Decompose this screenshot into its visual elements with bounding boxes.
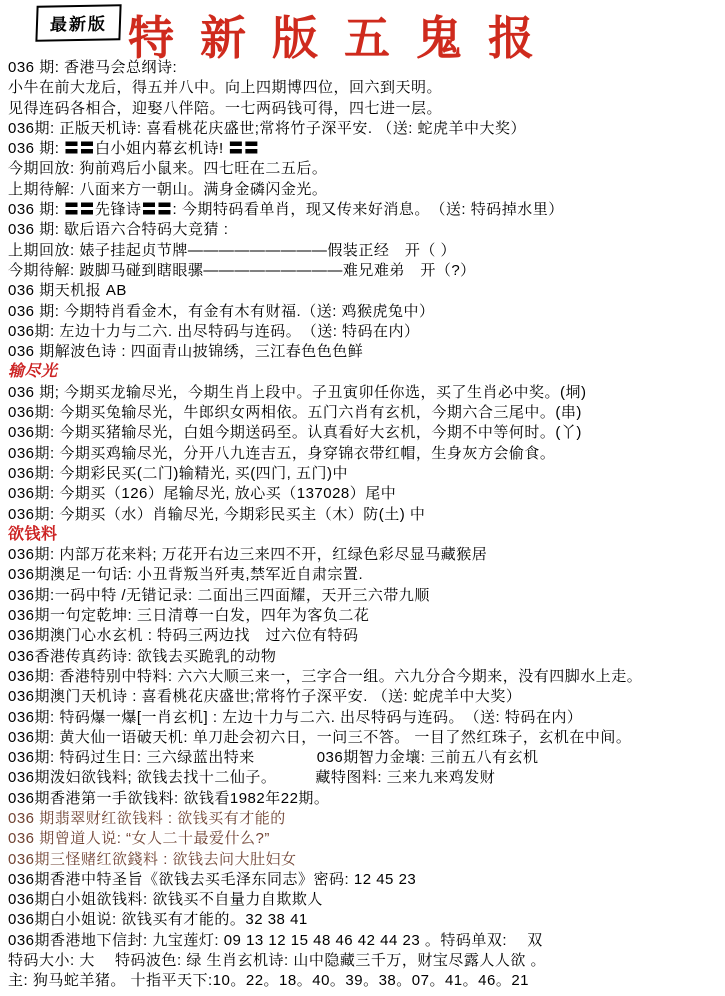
report-line: 036 期: 〓〓先锋诗〓〓: 今期特码看单肖，现又传来好消息。 （送: 特码掉… <box>8 200 723 220</box>
report-line: 036期:一码中特 /无错记录: 二面出三四面耀，天开三六带九顺 <box>8 586 723 606</box>
report-body: 036 期: 香港马会总纲诗:小牛在前大龙后，得五并八中。向上四期博四位，回六到… <box>8 58 723 992</box>
report-line: 今期回放: 狗前鸡后小鼠来。四七旺在二五后。 <box>8 159 723 179</box>
report-line: 036期: 黄大仙一语破天机: 单刀赴会初六日，一问三不答。 一目了然红珠子，玄… <box>8 728 723 748</box>
report-line: 上期回放: 婊子挂起贞节牌—————————假装正经 开（ ） <box>8 241 723 261</box>
report-line: 036期: 今期买猪输尽光，白姐今期送码至。认真看好大玄机，今期不中等何时。(丫… <box>8 423 723 443</box>
report-line: 036期三怪赌红欲錢料 : 欲钱去问大肚妇女 <box>8 850 723 870</box>
report-line: 036期白小姐说: 欲钱买有才能的。32 38 41 <box>8 910 723 930</box>
report-line: 036期: 今期买（126）尾输尽光, 放心买（137028）尾中 <box>8 484 723 504</box>
report-line: 036期澳门天机诗 : 喜看桃花庆盛世;常将竹子深平安. （送: 蛇虎羊中大奖） <box>8 687 723 707</box>
latest-edition-badge: 最新版 <box>35 4 121 42</box>
report-line: 036 期曾道人说: “女人二十最爱什么?” <box>8 829 723 849</box>
five-ghost-report-page: 最新版 特新版五鬼报 036 期: 香港马会总纲诗:小牛在前大龙后，得五并八中。… <box>0 0 725 996</box>
report-line: 036 期; 今期买龙输尽光，今期生肖上段中。子丑寅卯任你选，买了生肖必中奖。(… <box>8 383 723 403</box>
report-line: 036期: 特码爆一爆[一肖玄机] : 左边十力与二六. 出尽特码与连码。 （送… <box>8 708 723 728</box>
report-line: 036期: 特码过生日: 三六绿蓝出特来 036期智力金壤: 三前五八有玄机 <box>8 748 723 768</box>
report-line: 036 期: 香港马会总纲诗: <box>8 58 723 78</box>
report-line: 小牛在前大龙后，得五并八中。向上四期博四位，回六到天明。 <box>8 78 723 98</box>
report-line: 036期: 左边十力与二六. 出尽特码与连码。 （送: 特码在内） <box>8 322 723 342</box>
report-line: 036期白小姐欲钱料: 欲钱买不自量力自欺欺人 <box>8 890 723 910</box>
report-line: 036 期: 〓〓白小姐内幕玄机诗! 〓〓 <box>8 139 723 159</box>
report-line: 036期香港地下信封: 九宝莲灯: 09 13 12 15 48 46 42 4… <box>8 931 723 951</box>
report-line: 036 期: 今期特肖看金木，有金有木有财福.（送: 鸡猴虎兔中） <box>8 302 723 322</box>
report-line: 036期: 正版天机诗: 喜看桃花庆盛世;常将竹子深平安. （送: 蛇虎羊中大奖… <box>8 119 723 139</box>
report-line: 036期香港中特圣旨《欲钱去买毛泽东同志》密码: 12 45 23 <box>8 870 723 890</box>
report-line: 上期待解: 八面来方一朝山。满身金磷闪金光。 <box>8 180 723 200</box>
report-line: 输尽光 <box>8 362 723 382</box>
report-line: 036期一句定乾坤: 三日清尊一白发，四年为客负二花 <box>8 606 723 626</box>
report-line: 主: 狗马蛇羊猪。 十指平天下:10。22。18。40。39。38。07。41。… <box>8 971 723 991</box>
report-line: 036 期: 歇后语六合特码大竞猜 : <box>8 220 723 240</box>
report-line: 036期: 今期买兔输尽光，牛郎织女两相依。五门六肖有玄机，今期六合三尾中。(串… <box>8 403 723 423</box>
latest-edition-label: 最新版 <box>50 14 108 34</box>
report-line: 036期澳足一句话: 小丑背叛当歼夷,禁军近自肃宗置. <box>8 565 723 585</box>
report-line: 036期: 内部万花来料; 万花开右边三来四不开，红绿色彩尽显马藏猴居 <box>8 545 723 565</box>
report-line: 欲钱料 <box>8 525 723 545</box>
report-line: 036 期天机报 AB <box>8 281 723 301</box>
report-line: 036期: 今期买鸡输尽光，分开八九连吉五，身穿锦衣带红帽，生身灰方会偷食。 <box>8 444 723 464</box>
report-line: 见得连码各相合，迎娶八伴陪。一七两码钱可得，四七进一层。 <box>8 99 723 119</box>
report-line: 036期澳门心水玄机 : 特码三两边找 过六位有特码 <box>8 626 723 646</box>
report-line: 036 期翡翠财红欲钱料 : 欲钱买有才能的 <box>8 809 723 829</box>
report-line: 036期: 香港特别中特料: 六六大顺三来一，三字合一组。六九分合今期来，没有四… <box>8 667 723 687</box>
report-line: 特码大小: 大 特码波色: 绿 生肖玄机诗: 山中隐藏三千万，财宝尽露人人欲 。 <box>8 951 723 971</box>
report-line: 036期: 今期买（水）肖输尽光, 今期彩民买主（木）防(土) 中 <box>8 505 723 525</box>
report-line: 036期香港第一手欲钱料: 欲钱看1982年22期。 <box>8 789 723 809</box>
report-line: 036期泼妇欲钱料; 欲钱去找十二仙子。 藏特图料: 三来九来鸡发财 <box>8 768 723 788</box>
report-line: 今期待解: 跛脚马碰到瞎眼骡—————————难兄难弟 开（?） <box>8 261 723 281</box>
report-line: 036期: 今期彩民买(二门)输精光, 买(四门, 五门)中 <box>8 464 723 484</box>
report-line: 036香港传真药诗: 欲钱去买跪乳的动物 <box>8 647 723 667</box>
report-line: 036 期解波色诗 : 四面青山披锦绣，三江春色色色鲜 <box>8 342 723 362</box>
